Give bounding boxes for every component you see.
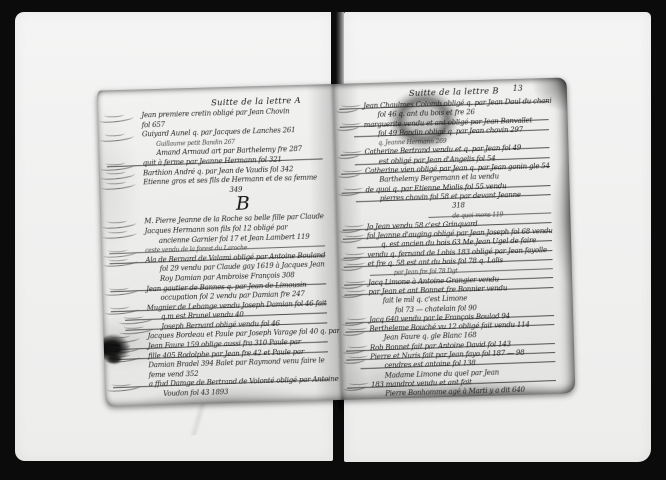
margin-scrawl xyxy=(104,287,138,297)
margin-scrawl xyxy=(99,114,133,124)
gutter-shadow xyxy=(307,83,368,400)
margin-scrawl xyxy=(107,383,141,393)
line-text: 318 xyxy=(452,202,465,210)
line-text: Voudon fol 43 1893 xyxy=(163,388,228,398)
sheet-gap-shadow xyxy=(331,12,344,94)
margin-scrawl xyxy=(103,258,137,268)
manuscript-spread: Suitte de la lettre A Jean premiere cret… xyxy=(97,78,576,407)
scan-canvas: { "scene": { "background_color": "#0b0b0… xyxy=(0,0,666,480)
page-right-lines: Suitte de la lettre B Jean Chaulmes Colo… xyxy=(333,78,576,400)
margin-scrawl xyxy=(102,230,136,240)
page-left: Suitte de la lettre A Jean premiere cret… xyxy=(97,84,342,406)
line-text: Guillaume petit Bandin 267 xyxy=(156,139,235,148)
line-text: B xyxy=(236,193,250,215)
margin-scrawl xyxy=(101,181,135,191)
margin-scrawl xyxy=(106,354,140,364)
page-right: 13 Suitte de la lettre B Jean Chaulmes C… xyxy=(333,78,576,400)
line-text: feme vend 352 xyxy=(149,370,199,379)
line-text: fol 657 xyxy=(142,120,165,129)
page-left-lines: Suitte de la lettre A Jean premiere cret… xyxy=(97,84,342,406)
margin-scrawl xyxy=(100,133,134,143)
